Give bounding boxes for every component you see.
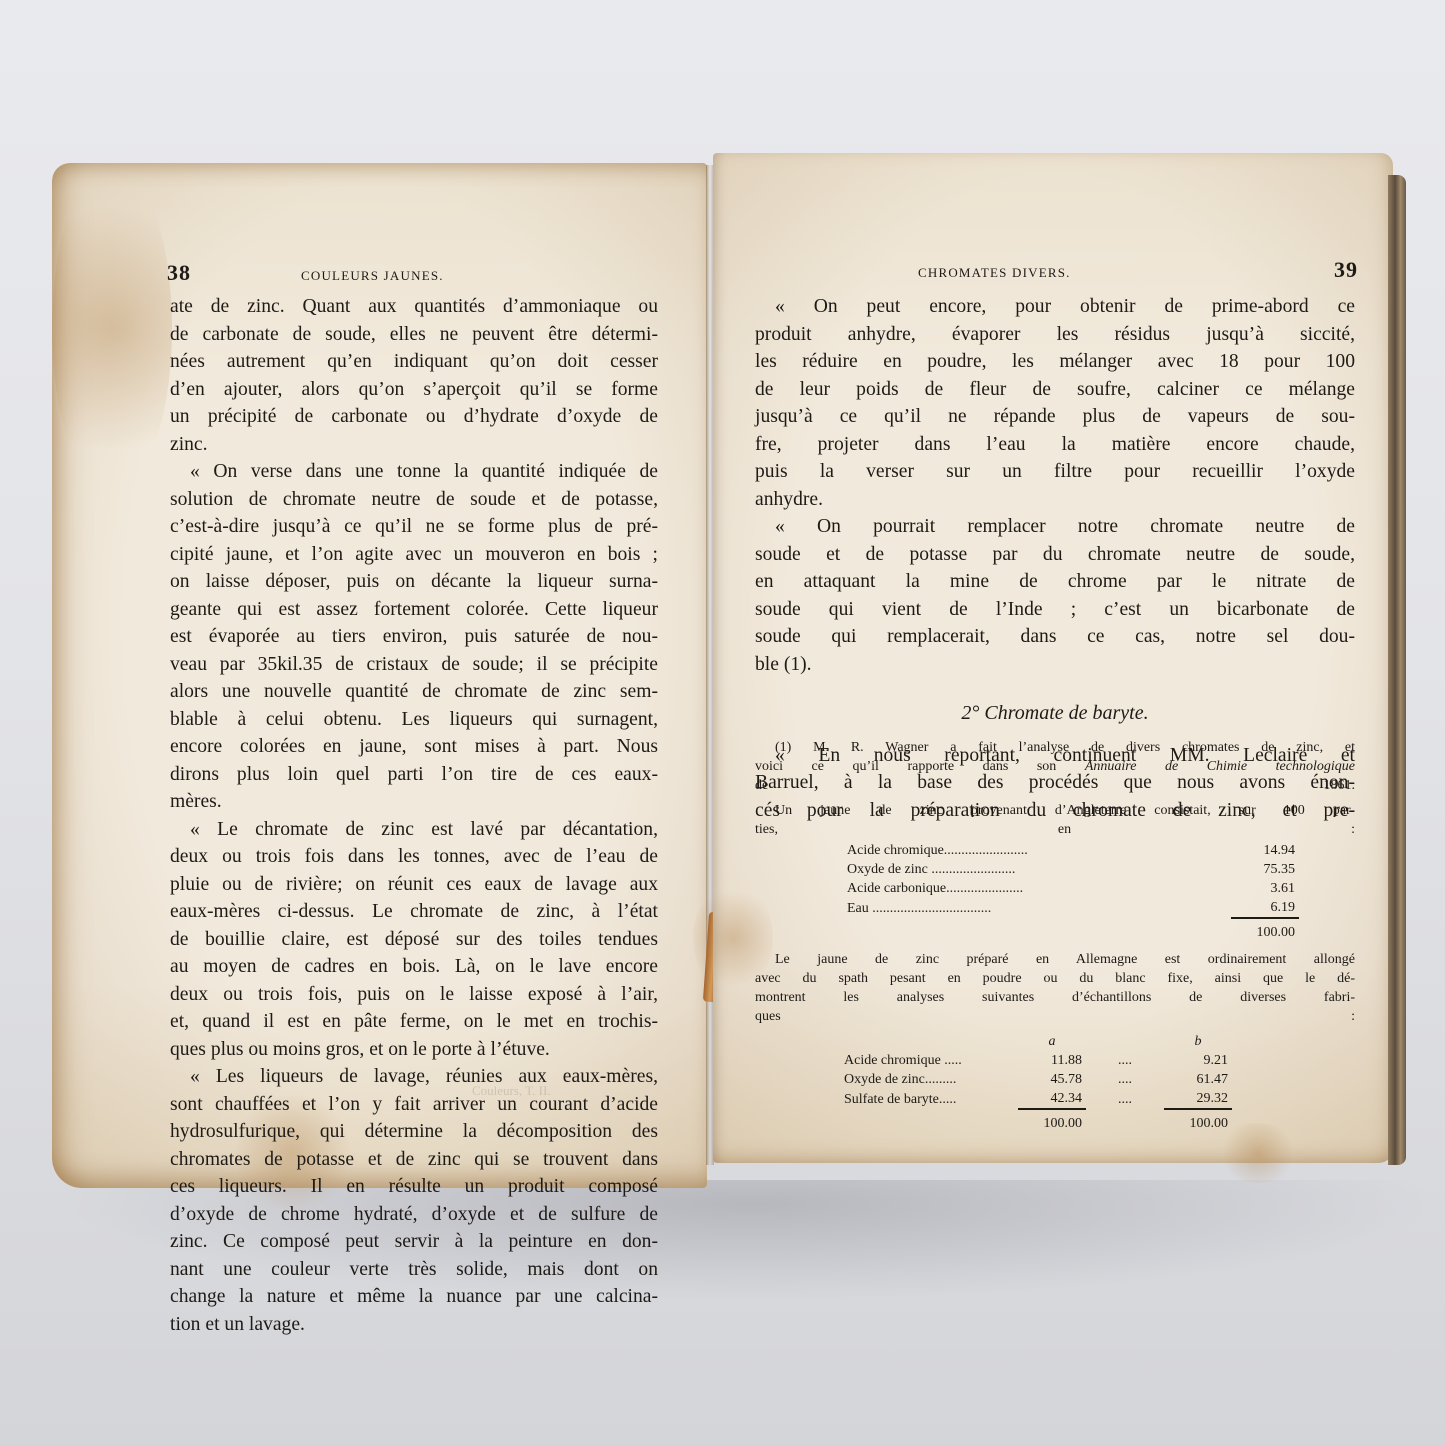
text-line: anhydre. xyxy=(755,486,1355,514)
footnote-text: voici ce qu’il rapporte dans son xyxy=(755,759,1085,774)
footnote-line: montrent les analyses suivantes d’échant… xyxy=(755,988,1355,1007)
text-line: deux ou trois fois, puis on le laisse ex… xyxy=(170,981,658,1009)
text-line: de bouillie claire, est déposé sur des t… xyxy=(170,926,658,954)
germany-composition-table: a b Acide chromique .....11.88....9.21Ox… xyxy=(840,1032,1232,1133)
text-line: ces liqueurs. Il en résulte un produit c… xyxy=(170,1173,658,1201)
footnote-line: (1) M. R. Wagner a fait l’analyse de div… xyxy=(755,738,1355,757)
text-line: chromates de potasse et de zinc qui se t… xyxy=(170,1146,658,1174)
left-page: 38 COULEURS JAUNES. ate de zinc. Quant a… xyxy=(52,163,707,1188)
footnote-line: Un jaune de zinc provenant d’Angleterre … xyxy=(755,801,1355,820)
bleed-through-text: Couleurs, T. II. xyxy=(472,1083,551,1099)
text-line: c’est-à-dire jusqu’à ce qu’il ne se form… xyxy=(170,513,658,541)
total-a: 100.00 xyxy=(1018,1109,1086,1133)
text-line: eaux-mères ci-dessus. Le chromate de zin… xyxy=(170,898,658,926)
component-label: Acide chromique ..... xyxy=(840,1051,1018,1070)
text-line: et, quand il est en pâte ferme, on le me… xyxy=(170,1008,658,1036)
table-row: Acide carbonique......................3.… xyxy=(843,879,1299,898)
component-label: Oxyde de zinc ........................ xyxy=(843,860,1231,879)
text-line: les réduire en poudre, les mélanger avec… xyxy=(755,348,1355,376)
total-row: 100.00 100.00 xyxy=(840,1109,1232,1133)
text-line: puis la verser sur un filtre pour recuei… xyxy=(755,458,1355,486)
text-line: « Les liqueurs de lavage, réunies aux ea… xyxy=(170,1063,658,1091)
total-b: 100.00 xyxy=(1164,1109,1232,1133)
footnote-line: ques : xyxy=(755,1007,1355,1026)
book-page-edges xyxy=(1388,175,1406,1165)
page-number: 39 xyxy=(1334,257,1358,283)
text-line: change la nature et même la nuance par u… xyxy=(170,1283,658,1311)
table-row: Sulfate de baryte.....42.34....29.32 xyxy=(840,1089,1232,1109)
text-line: est évaporée au tiers environ, puis satu… xyxy=(170,623,658,651)
text-line: nées autrement qu’en indiquant qu’on doi… xyxy=(170,348,658,376)
chapter-title: COULEURS JAUNES. xyxy=(301,268,444,284)
text-line: produit anhydre, évaporer les résidus ju… xyxy=(755,321,1355,349)
value-b: 9.21 xyxy=(1164,1051,1232,1070)
left-running-head: 38 COULEURS JAUNES. xyxy=(167,260,657,286)
england-composition-table: Acide chromique........................1… xyxy=(843,841,1299,942)
text-line: deux ou trois fois dans les tonnes, avec… xyxy=(170,843,658,871)
footnote: (1) M. R. Wagner a fait l’analyse de div… xyxy=(755,738,1355,1133)
text-line: tion et un lavage. xyxy=(170,1311,658,1339)
text-line: « On peut encore, pour obtenir de prime-… xyxy=(755,293,1355,321)
value-a: 42.34 xyxy=(1018,1089,1086,1109)
text-line: alors une nouvelle quantité de chromate … xyxy=(170,678,658,706)
table-row: Oxyde de zinc.........45.78....61.47 xyxy=(840,1070,1232,1089)
text-line: dirons plus loin quel parti l’on tire de… xyxy=(170,761,658,789)
right-page: CHROMATES DIVERS. 39 « On peut encore, p… xyxy=(713,153,1393,1163)
table-row: Acide chromique........................1… xyxy=(843,841,1299,860)
left-body-text: ate de zinc. Quant aux quantités d’ammon… xyxy=(170,293,658,1338)
table-row: Acide chromique .....11.88....9.21 xyxy=(840,1051,1232,1070)
component-label: Oxyde de zinc......... xyxy=(840,1070,1018,1089)
text-line: « On pourrait remplacer notre chromate n… xyxy=(755,513,1355,541)
value-b: 29.32 xyxy=(1164,1089,1232,1109)
component-label: Sulfate de baryte..... xyxy=(840,1089,1018,1109)
leader-dots: .... xyxy=(1086,1051,1164,1070)
footnote-line: voici ce qu’il rapporte dans son Annuair… xyxy=(755,757,1355,776)
column-header-b: b xyxy=(1164,1032,1232,1051)
text-line: cipité jaune, et l’on agite avec un mouv… xyxy=(170,541,658,569)
text-line: on laisse déposer, puis on décante la li… xyxy=(170,568,658,596)
footnote-line: avec du spath pesant en poudre ou du bla… xyxy=(755,969,1355,988)
table-row: Oxyde de zinc ........................75… xyxy=(843,860,1299,879)
text-line: « Le chromate de zinc est lavé par décan… xyxy=(170,816,658,844)
text-line: mères. xyxy=(170,788,658,816)
text-line: d’en ajouter, alors qu’on s’aperçoit qu’… xyxy=(170,376,658,404)
footnote-line: de 1861. xyxy=(755,776,1355,795)
text-line: « On verse dans une tonne la quantité in… xyxy=(170,458,658,486)
text-line: zinc. xyxy=(170,431,658,459)
component-label: Eau .................................. xyxy=(843,898,1231,918)
text-line: sont chauffées et l’on y fait arriver un… xyxy=(170,1091,658,1119)
text-line: veau par 35kil.35 de cristaux de soude; … xyxy=(170,651,658,679)
right-running-head: CHROMATES DIVERS. 39 xyxy=(918,257,1358,283)
text-line: hydrosulfurique, qui détermine la décomp… xyxy=(170,1118,658,1146)
text-line: geante qui est assez fortement colorée. … xyxy=(170,596,658,624)
footnote-line: Le jaune de zinc préparé en Allemagne es… xyxy=(755,950,1355,969)
text-line: nant une couleur verte très solide, mais… xyxy=(170,1256,658,1284)
text-line: jusqu’à ce qu’il ne répande plus de vape… xyxy=(755,403,1355,431)
text-line: blable à celui obtenu. Les liqueurs qui … xyxy=(170,706,658,734)
cited-work-title: Annuaire de Chimie technologique xyxy=(1085,759,1355,774)
text-line: pluie ou de rivière; on réunit ces eaux … xyxy=(170,871,658,899)
text-line: zinc. Ce composé peut servir à la peintu… xyxy=(170,1228,658,1256)
text-line: en attaquant la mine de chrome par le ni… xyxy=(755,568,1355,596)
table-row: Eau ..................................6.… xyxy=(843,898,1299,918)
leader-dots: .... xyxy=(1086,1070,1164,1089)
component-value: 75.35 xyxy=(1231,860,1299,879)
text-line: d’oxyde de chrome hydraté, d’oxyde et de… xyxy=(170,1201,658,1229)
section-title: 2° Chromate de baryte. xyxy=(755,700,1355,728)
footnote-line: ties, en : xyxy=(755,820,1355,839)
component-value: 6.19 xyxy=(1231,898,1299,918)
text-line: encore colorées en jaune, sont mises à p… xyxy=(170,733,658,761)
text-line: soude qui vient de l’Inde ; c’est un bic… xyxy=(755,596,1355,624)
text-line: soude et de potasse par du chromate neut… xyxy=(755,541,1355,569)
text-line: solution de chromate neutre de soude et … xyxy=(170,486,658,514)
edge-stain xyxy=(52,163,172,493)
text-line: ble (1). xyxy=(755,651,1355,679)
total-row: 100.00 xyxy=(843,918,1299,942)
text-line: ques plus ou moins gros, et on le porte … xyxy=(170,1036,658,1064)
leader-dots: .... xyxy=(1086,1089,1164,1109)
component-value: 14.94 xyxy=(1231,841,1299,860)
text-line: de leur poids de fleur de soufre, calcin… xyxy=(755,376,1355,404)
component-label: Acide carbonique...................... xyxy=(843,879,1231,898)
value-a: 11.88 xyxy=(1018,1051,1086,1070)
text-line: soude qui remplacerait, dans ce cas, not… xyxy=(755,623,1355,651)
component-value: 3.61 xyxy=(1231,879,1299,898)
text-line: ate de zinc. Quant aux quantités d’ammon… xyxy=(170,293,658,321)
value-a: 45.78 xyxy=(1018,1070,1086,1089)
header-row: a b xyxy=(840,1032,1232,1051)
text-line: au moyen de cadres en bois. Là, on le la… xyxy=(170,953,658,981)
value-b: 61.47 xyxy=(1164,1070,1232,1089)
text-line: fre, projeter dans l’eau la matière enco… xyxy=(755,431,1355,459)
chapter-title: CHROMATES DIVERS. xyxy=(918,265,1071,281)
total-value: 100.00 xyxy=(1231,918,1299,942)
text-line: un précipité de carbonate ou d’hydrate d… xyxy=(170,403,658,431)
page-number: 38 xyxy=(167,260,191,286)
text-line: de carbonate de soude, elles ne peuvent … xyxy=(170,321,658,349)
column-header-a: a xyxy=(1018,1032,1086,1051)
component-label: Acide chromique........................ xyxy=(843,841,1231,860)
